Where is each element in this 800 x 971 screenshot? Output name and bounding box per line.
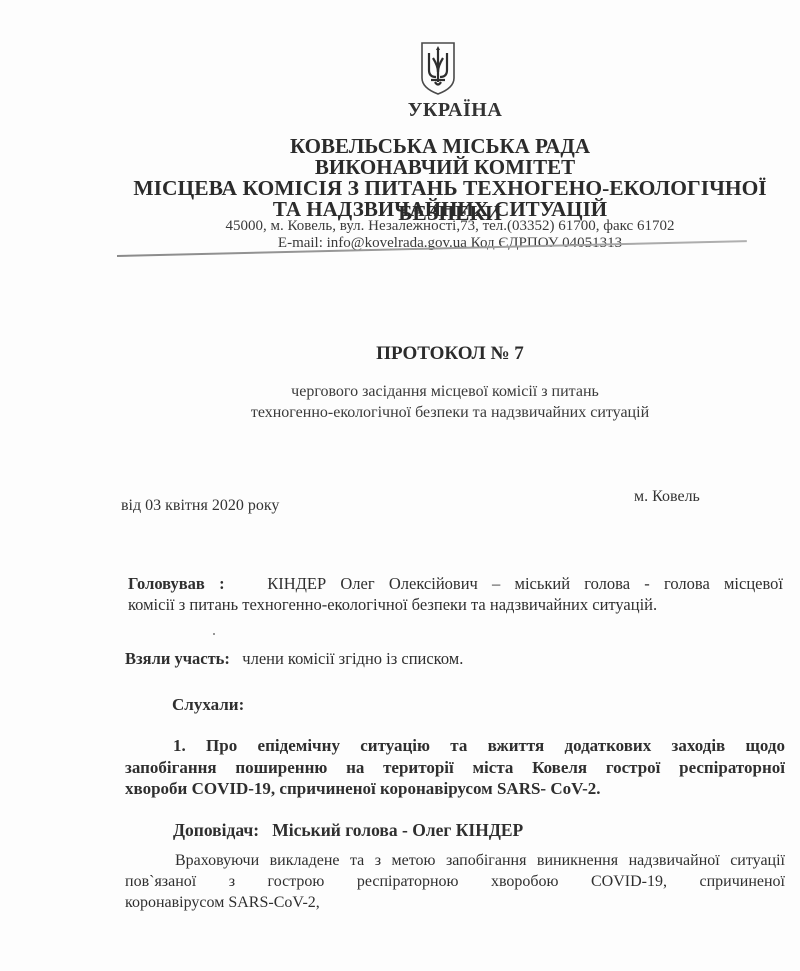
speaker-section: Доповідач: Міський голова - Олег КІНДЕР [173,820,523,841]
considering-paragraph: Враховуючи викладене та з метою запобіга… [125,850,785,913]
agenda-item-1-line3: хвороби COVID-19, спричиненої коронавіру… [125,778,785,800]
considering-line1: Враховуючи викладене та з метою запобіга… [125,850,785,871]
protocol-title: ПРОТОКОЛ № 7 [250,343,650,365]
speaker-label: Доповідач: [173,820,259,840]
agenda-item-1: 1. Про епідемічну ситуацію та вжиття дод… [125,735,785,800]
considering-line2: пов`язаної з гострою респіраторною хворо… [125,871,785,892]
meeting-date: від 03 квітня 2020 року [121,497,279,515]
postal-address: 45000, м. Ковель, вул. Незалежності,73, … [180,218,720,235]
chaired-line1: Головував : КІНДЕР Олег Олексійович – мі… [128,573,783,594]
meeting-city: м. Ковель [634,488,700,506]
document-page: УКРАЇНА КОВЕЛЬСЬКА МІСЬКА РАДА ВИКОНАВЧИ… [0,0,800,971]
trident-coat-of-arms-icon [418,40,458,96]
protocol-subtitle-line1: чергового засідання місцевої комісії з п… [230,383,660,401]
country-name: УКРАЇНА [380,99,530,122]
chaired-text-line1: КІНДЕР Олег Олексійович – міський голова… [267,574,783,593]
chaired-text-line2: комісії з питань техногенно-екологічної … [128,594,783,615]
participated-label: Взяли участь: [125,649,230,668]
protocol-subtitle-line2: техногенно-екологічної безпеки та надзви… [200,404,700,422]
participants-section: Взяли участь: члени комісії згідно із сп… [125,648,463,669]
heard-heading: Слухали: [172,694,244,715]
considering-line3: коронавірусом SARS-CoV-2, [125,892,785,913]
participated-text: члени комісії згідно із списком. [242,649,463,668]
speaker-text: Міський голова - Олег КІНДЕР [272,820,523,840]
agenda-item-1-line1: 1. Про епідемічну ситуацію та вжиття дод… [125,735,785,757]
agenda-item-1-line2: запобігання поширенню на території міста… [125,757,785,779]
scan-speck [213,633,215,635]
chaired-section: Головував : КІНДЕР Олег Олексійович – мі… [128,573,783,615]
chaired-label: Головував : [128,574,225,593]
